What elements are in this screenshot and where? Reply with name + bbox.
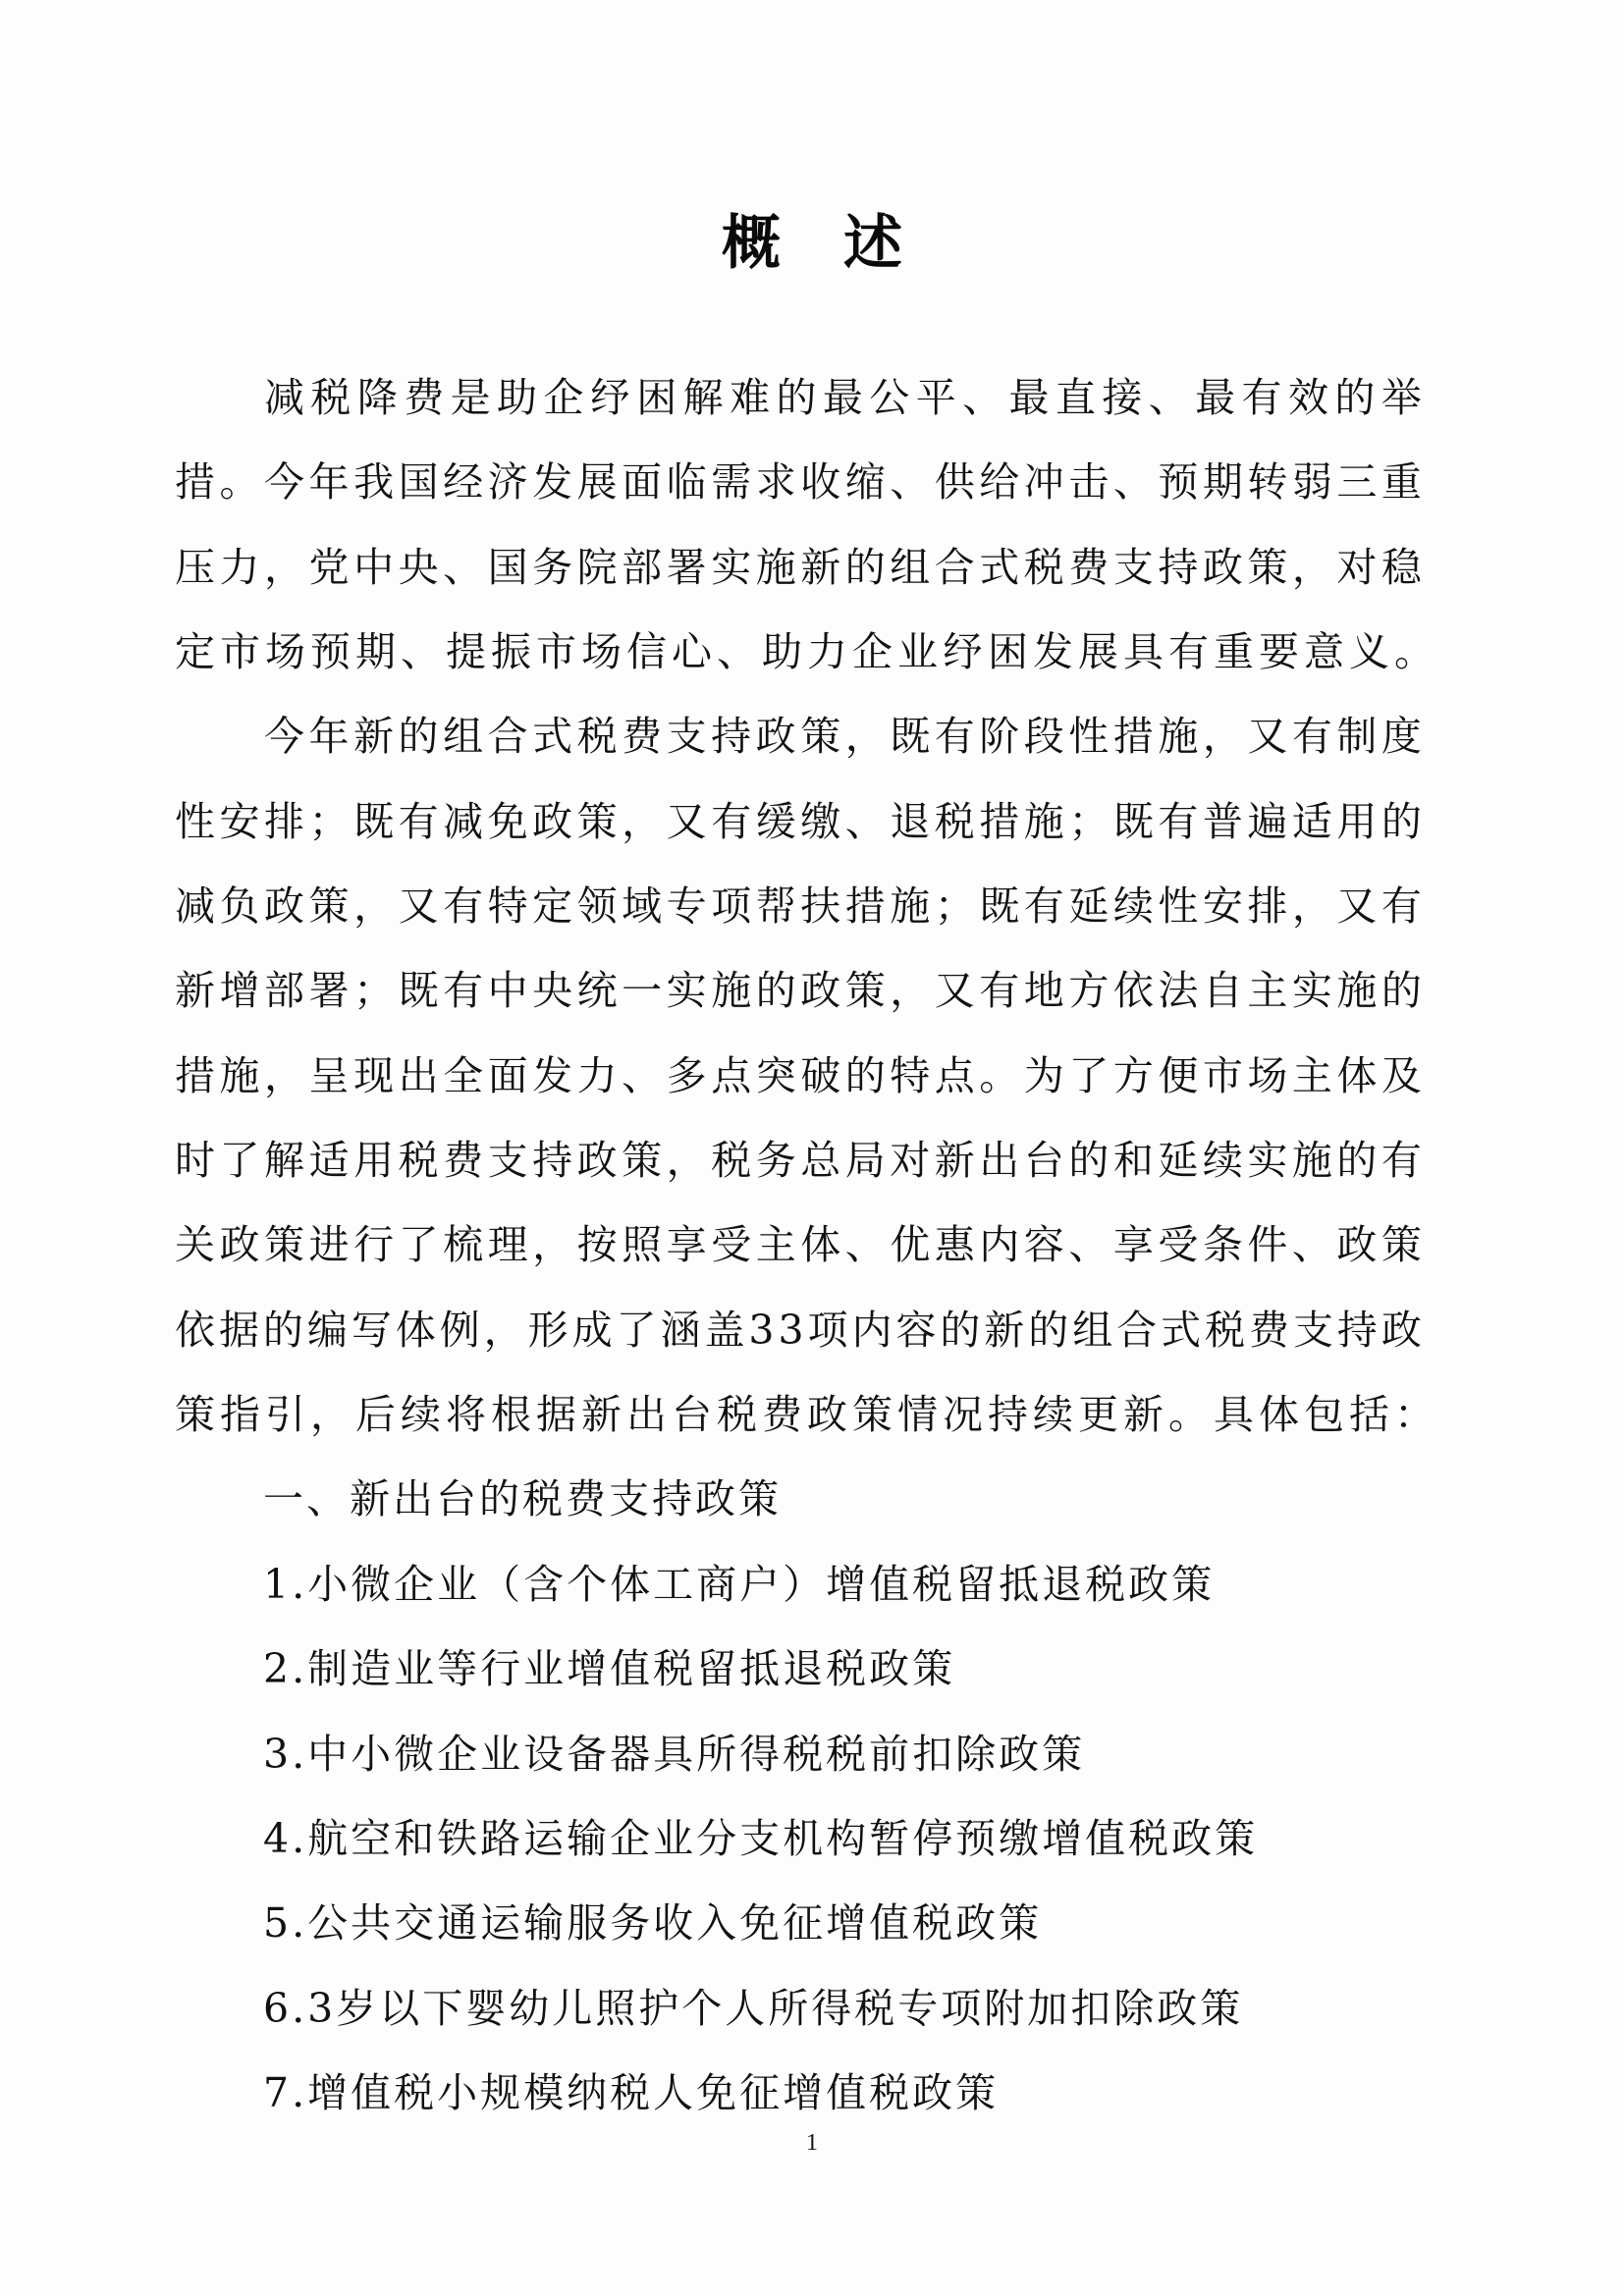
title-char-1: 概 — [722, 208, 781, 279]
paragraph-1-line-2: 措。今年我国经济发展面临需求收缩、供给冲击、预期转弱三重 — [175, 440, 1422, 524]
paragraph-1-line-4: 定市场预期、提振市场信心、助力企业纾困发展具有重要意义。 — [175, 610, 1422, 694]
list-item: 7.增值税小规模纳税人免征增值税政策 — [175, 2051, 1422, 2135]
paragraph-2-line-5: 措施，呈现出全面发力、多点突破的特点。为了方便市场主体及 — [175, 1034, 1422, 1118]
list-item: 2.制造业等行业增值税留抵退税政策 — [175, 1627, 1422, 1711]
list-item: 3.中小微企业设备器具所得税税前扣除政策 — [175, 1712, 1422, 1796]
page-number: 1 — [0, 2128, 1624, 2158]
paragraph-2-line-7: 关政策进行了梳理，按照享受主体、优惠内容、享受条件、政策 — [175, 1202, 1422, 1287]
list-item: 5.公共交通运输服务收入免征增值税政策 — [175, 1881, 1422, 1965]
section-heading: 一、新出台的税费支持政策 — [175, 1457, 1422, 1541]
paragraph-2-line-1: 今年新的组合式税费支持政策，既有阶段性措施，又有制度 — [175, 694, 1422, 778]
document-body: 减税降费是助企纾困解难的最公平、最直接、最有效的举 措。今年我国经济发展面临需求… — [175, 355, 1422, 2135]
page-title: 概述 — [0, 208, 1624, 279]
paragraph-2-line-4: 新增部署；既有中央统一实施的政策，又有地方依法自主实施的 — [175, 948, 1422, 1033]
paragraph-1-line-1: 减税降费是助企纾困解难的最公平、最直接、最有效的举 — [175, 355, 1422, 440]
document-page: 概述 减税降费是助企纾困解难的最公平、最直接、最有效的举 措。今年我国经济发展面… — [0, 0, 1624, 2296]
list-item: 6.3岁以下婴幼儿照护个人所得税专项附加扣除政策 — [175, 1966, 1422, 2051]
paragraph-2-line-2: 性安排；既有减免政策，又有缓缴、退税措施；既有普遍适用的 — [175, 779, 1422, 864]
paragraph-2-line-3: 减负政策，又有特定领域专项帮扶措施；既有延续性安排，又有 — [175, 864, 1422, 948]
list-item: 1.小微企业（含个体工商户）增值税留抵退税政策 — [175, 1542, 1422, 1627]
paragraph-1-line-3: 压力，党中央、国务院部署实施新的组合式税费支持政策，对稳 — [175, 525, 1422, 610]
paragraph-2-line-6: 时了解适用税费支持政策，税务总局对新出台的和延续实施的有 — [175, 1118, 1422, 1202]
paragraph-2-line-8: 依据的编写体例，形成了涵盖33项内容的新的组合式税费支持政 — [175, 1288, 1422, 1372]
list-item: 4.航空和铁路运输企业分支机构暂停预缴增值税政策 — [175, 1796, 1422, 1881]
paragraph-2-line-9: 策指引，后续将根据新出台税费政策情况持续更新。具体包括： — [175, 1372, 1422, 1457]
title-char-2: 述 — [843, 208, 902, 279]
